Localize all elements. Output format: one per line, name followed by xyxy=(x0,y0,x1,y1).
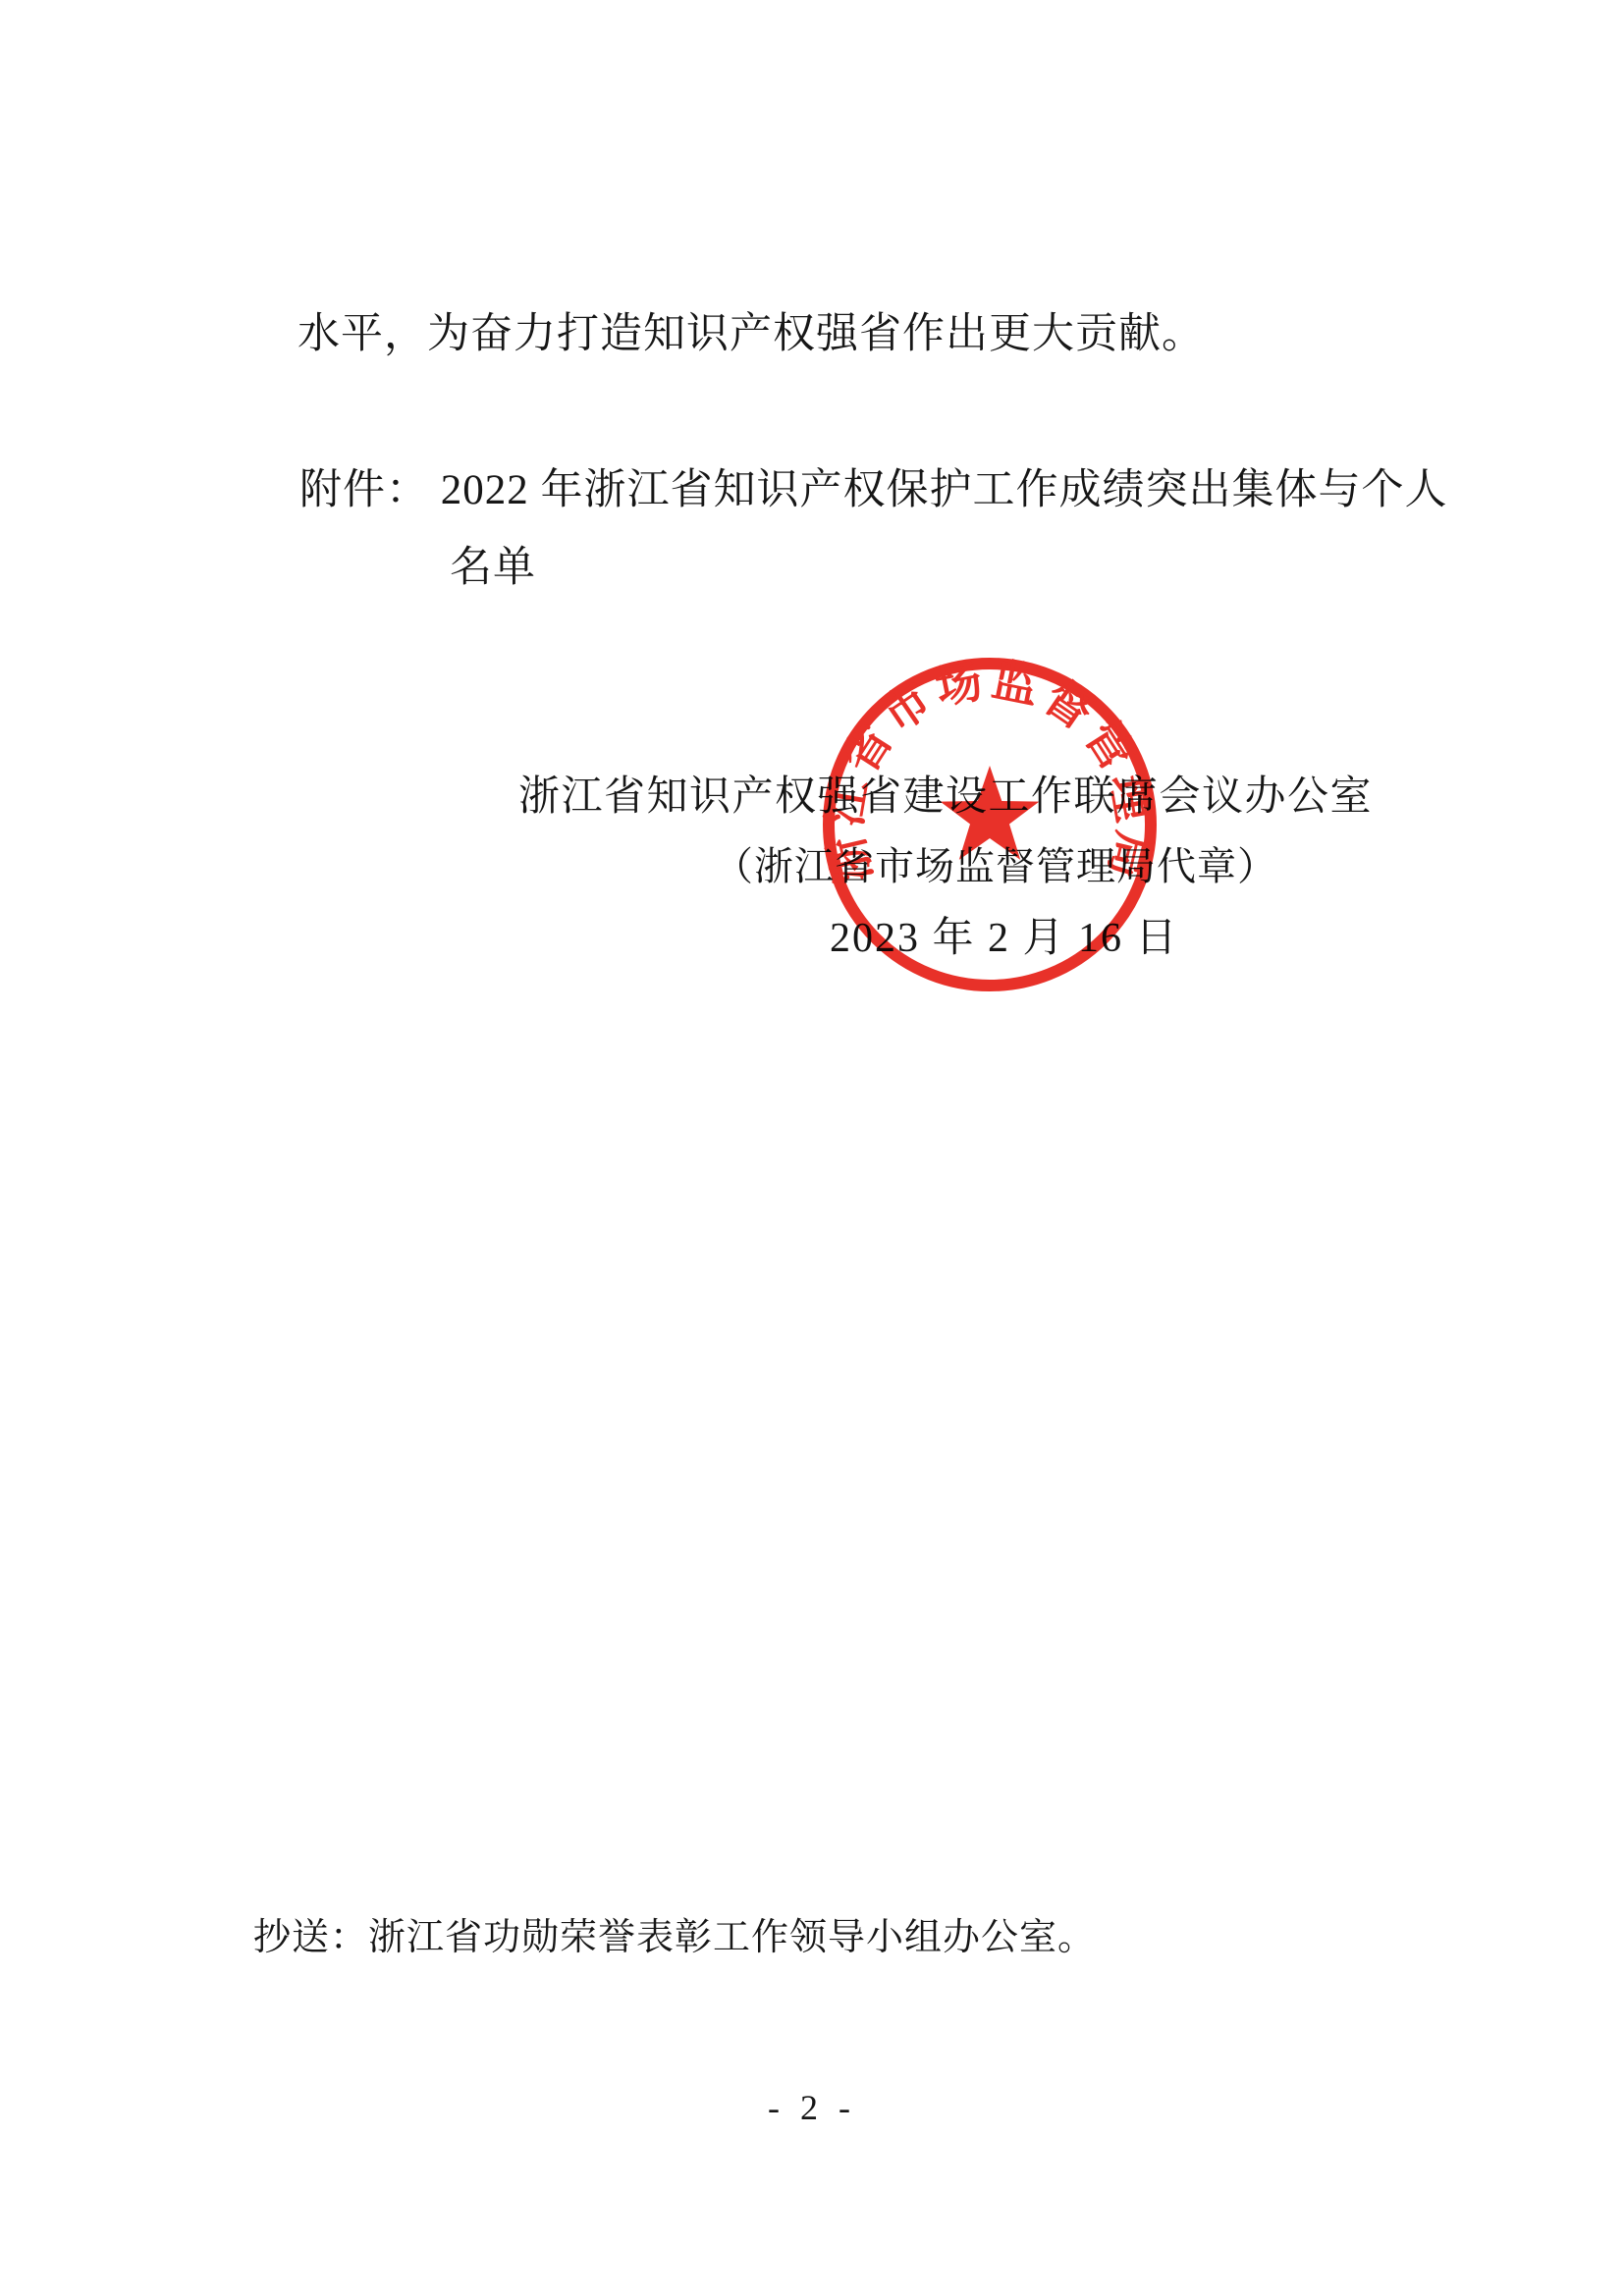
attachment-line-continued: 名单 xyxy=(450,546,536,591)
attachment-line: 附件： 2022 年浙江省知识产权保护工作成绩突出集体与个人 xyxy=(299,468,1448,513)
page-number: - 2 - xyxy=(0,2087,1624,2128)
signature-agent-note: （浙江省市场监督管理局代章） xyxy=(714,845,1277,888)
body-paragraph: 水平，为奋力打造知识产权强省作出更大贡献。 xyxy=(298,312,1205,357)
document-page: 水平，为奋力打造知识产权强省作出更大贡献。 附件： 2022 年浙江省知识产权保… xyxy=(0,0,1624,2296)
signature-date: 2023 年 2 月 16 日 xyxy=(830,917,1179,961)
signature-organization: 浙江省知识产权强省建设工作联席会议办公室 xyxy=(518,775,1373,820)
cc-line: 抄送：浙江省功勋荣誉表彰工作领导小组办公室。 xyxy=(253,1917,1096,1958)
